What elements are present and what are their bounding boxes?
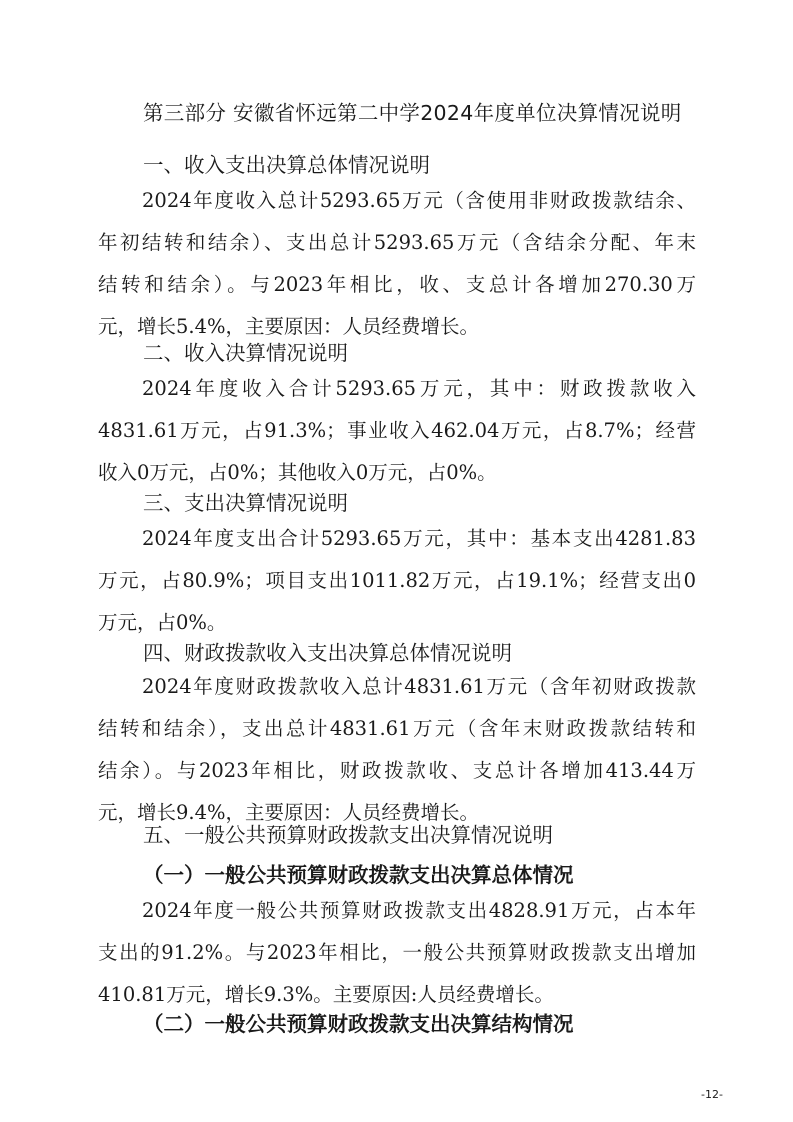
text-line: 结转和结余）。与2023年相比，收、支总计各增加270.30万 [98,264,696,306]
text-line: 2024年度财政拨款收入总计4831.61万元（含年初财政拨款 [98,666,696,708]
section-heading-4: 四、财政拨款收入支出决算总体情况说明 [143,636,512,666]
section-2-paragraph: 2024年度收入合计5293.65万元，其中：财政拨款收入 4831.61万元，… [98,368,696,494]
page-number: -12- [701,1088,723,1101]
section-1-paragraph: 2024年度收入总计5293.65万元（含使用非财政拨款结余、 年初结转和结余）… [98,180,696,348]
section-heading-3: 三、支出决算情况说明 [143,486,348,516]
text-line: 支出的91.2%。与2023年相比，一般公共预算财政拨款支出增加 [98,932,696,974]
text-line: 2024年度收入合计5293.65万元，其中：财政拨款收入 [98,368,696,410]
section-heading-2: 二、收入决算情况说明 [143,336,348,366]
text-line: 结余）。与2023年相比，财政拨款收、支总计各增加413.44万 [98,750,696,792]
text-line: 2024年度支出合计5293.65万元，其中：基本支出4281.83 [98,518,696,560]
text-line: 4831.61万元，占91.3%；事业收入462.04万元，占8.7%；经营 [98,410,696,452]
subsection-heading-5-1: （一）一般公共预算财政拨款支出决算总体情况 [143,858,574,888]
subsection-heading-5-2: （二）一般公共预算财政拨款支出决算结构情况 [143,1007,574,1037]
document-page: 第三部分 安徽省怀远第二中学2024年度单位决算情况说明 一、收入支出决算总体情… [0,0,793,1122]
text-line: 年初结转和结余）、支出总计5293.65万元（含结余分配、年末 [98,222,696,264]
section-heading-1: 一、收入支出决算总体情况说明 [143,148,430,178]
section-3-paragraph: 2024年度支出合计5293.65万元，其中：基本支出4281.83 万元，占8… [98,518,696,644]
text-line: 万元，占80.9%；项目支出1011.82万元，占19.1%；经营支出0 [98,560,696,602]
section-4-paragraph: 2024年度财政拨款收入总计4831.61万元（含年初财政拨款 结转和结余），支… [98,666,696,834]
text-line: 2024年度收入总计5293.65万元（含使用非财政拨款结余、 [98,180,696,222]
text-line: 2024年度一般公共预算财政拨款支出4828.91万元，占本年 [98,890,696,932]
text-line: 结转和结余），支出总计4831.61万元（含年末财政拨款结转和 [98,708,696,750]
page-title: 第三部分 安徽省怀远第二中学2024年度单位决算情况说明 [143,96,682,126]
subsection-5-1-paragraph: 2024年度一般公共预算财政拨款支出4828.91万元，占本年 支出的91.2%… [98,890,696,1016]
section-heading-5: 五、一般公共预算财政拨款支出决算情况说明 [143,818,553,848]
